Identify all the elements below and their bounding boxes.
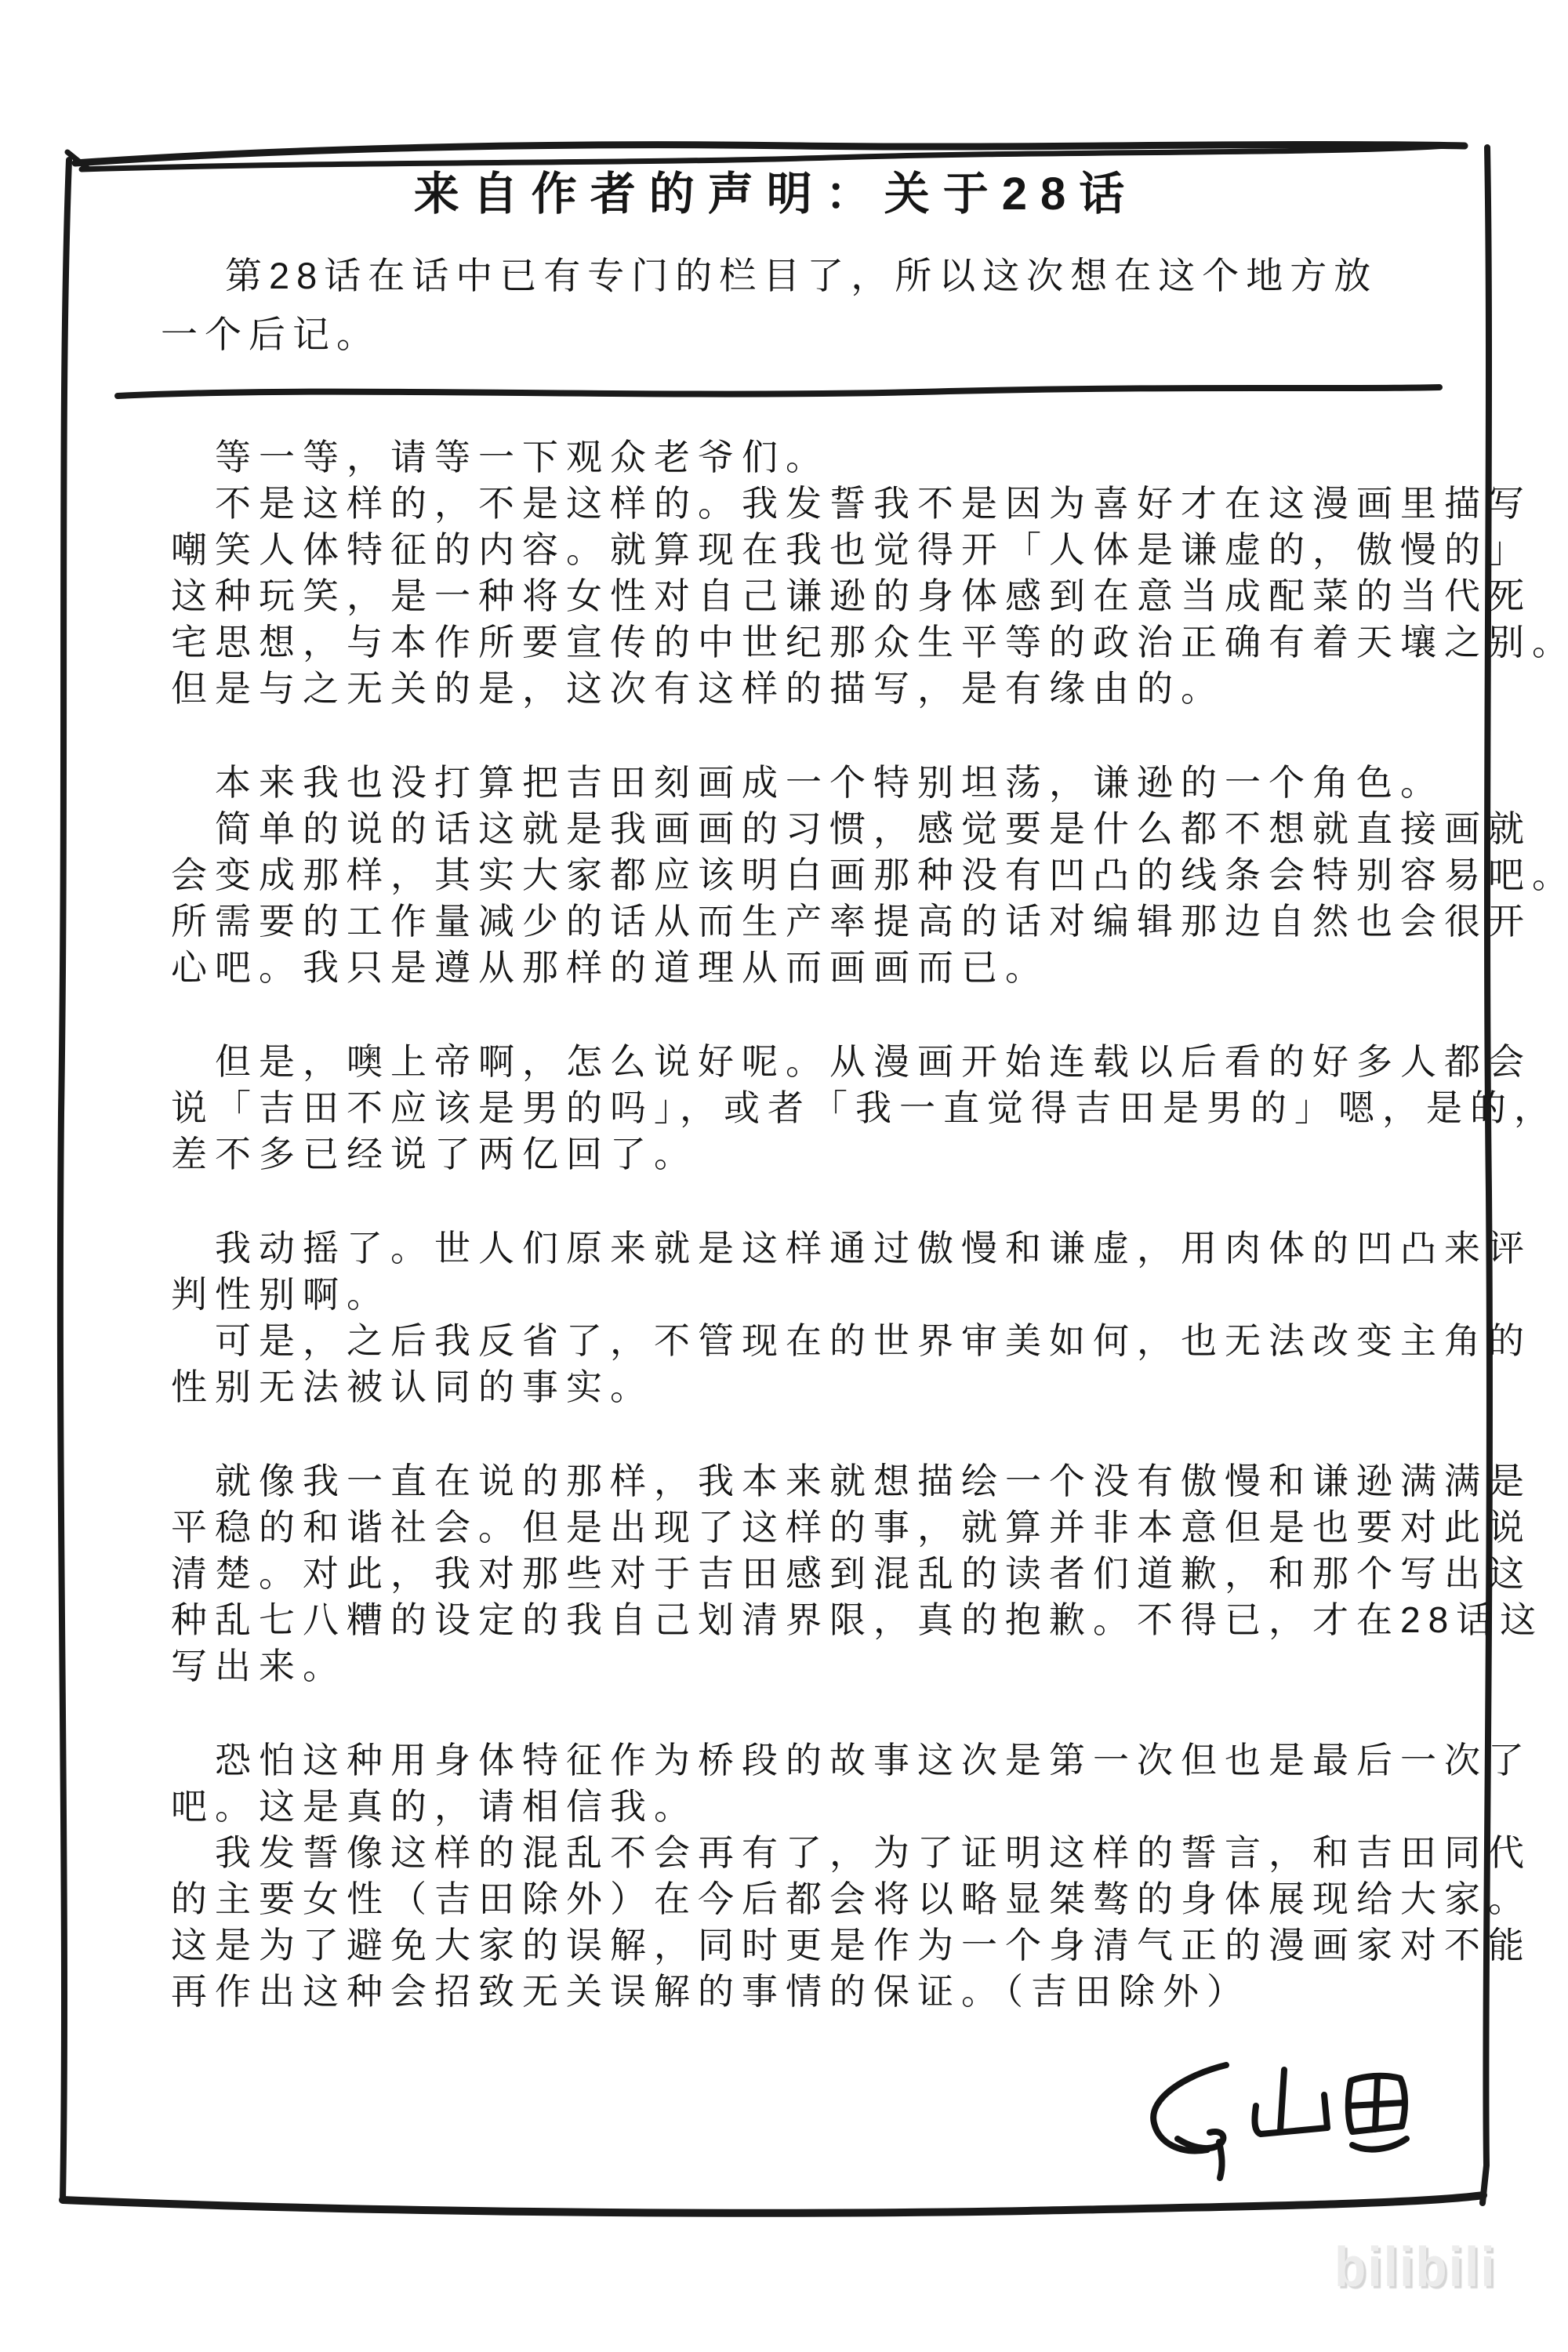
text-line: 等一等，请等一下观众老爷们。 (171, 434, 1568, 481)
text-line: 简单的说的话这就是我画画的习惯，感觉要是什么都不想就直接画就 (171, 806, 1568, 852)
afterword-page: 来自作者的声明：关于28话 第28话在话中已有专门的栏目了，所以这次想在这个地方… (0, 0, 1568, 2352)
author-signature: G山田 (1131, 2043, 1428, 2200)
text-line: 心吧。我只是遵从那样的道理从而画画而已。 (171, 945, 1568, 991)
text-line: 就像我一直在说的那样，我本来就想描绘一个没有傲慢和谦逊满满是 (171, 1458, 1568, 1504)
header-divider-line (118, 387, 1439, 396)
intro-line: 第28话在话中已有专门的栏目了，所以这次想在这个地方放 (161, 246, 1377, 305)
text-line: 不是这样的，不是这样的。我发誓我不是因为喜好才在这漫画里描写 (171, 481, 1568, 527)
text-line: 差不多已经说了两亿回了。 (171, 1131, 1568, 1178)
text-line: 种乱七八糟的设定的我自己划清界限，真的抱歉。不得已，才在28话这 (171, 1597, 1568, 1643)
paragraph-block: 本来我也没打算把吉田刻画成一个特别坦荡，谦逊的一个角色。 简单的说的话这就是我画… (171, 760, 1568, 991)
text-line: 但是，噢上帝啊，怎么说好呢。从漫画开始连载以后看的好多人都会 (171, 1039, 1568, 1085)
text-line: 判性别啊。 (171, 1272, 1568, 1318)
paragraph-block: 但是，噢上帝啊，怎么说好呢。从漫画开始连载以后看的好多人都会说「吉田不应该是男的… (171, 1039, 1568, 1178)
text-line: 平稳的和谐社会。但是出现了这样的事，就算并非本意但是也要对此说 (171, 1504, 1568, 1551)
text-line: 宅思想，与本作所要宣传的中世纪那众生平等的政治正确有着天壤之别。 (171, 619, 1568, 666)
text-line: 说「吉田不应该是男的吗」，或者「我一直觉得吉田是男的」嗯，是的， (171, 1085, 1568, 1131)
text-line: 所需要的工作量减少的话从而生产率提高的话对编辑那边自然也会很开 (171, 898, 1568, 945)
paragraph-block: 我动摇了。世人们原来就是这样通过傲慢和谦虚，用肉体的凹凸来评判性别啊。 可是，之… (171, 1225, 1568, 1410)
frame-left-line (60, 160, 69, 2200)
text-line: 这种玩笑，是一种将女性对自己谦逊的身体感到在意当成配菜的当代死 (171, 573, 1568, 619)
bilibili-watermark: bilibili (1334, 2234, 1497, 2299)
text-line: 恐怕这种用身体特征作为桥段的故事这次是第一次但也是最后一次了 (171, 1737, 1568, 1784)
intro-note: 第28话在话中已有专门的栏目了，所以这次想在这个地方放 一个后记。 (161, 246, 1377, 364)
text-line: 但是与之无关的是，这次有这样的描写，是有缘由的。 (171, 666, 1568, 712)
page-title: 来自作者的声明：关于28话 (64, 157, 1487, 223)
text-line: 清楚。对此，我对那些对于吉田感到混乱的读者们道歉，和那个写出这 (171, 1551, 1568, 1597)
text-line: 我动摇了。世人们原来就是这样通过傲慢和谦虚，用肉体的凹凸来评 (171, 1225, 1568, 1272)
intro-line: 一个后记。 (161, 305, 1377, 364)
text-line: 再作出这种会招致无关误解的事情的保证。（吉田除外） (171, 1969, 1568, 2015)
text-line: 写出来。 (171, 1643, 1568, 1690)
paragraph-block: 等一等，请等一下观众老爷们。 不是这样的，不是这样的。我发誓我不是因为喜好才在这… (171, 434, 1568, 712)
signature-handwriting (1131, 2043, 1428, 2200)
text-line: 的主要女性（吉田除外）在今后都会将以略显桀骜的身体展现给大家。 (171, 1876, 1568, 1922)
text-line: 性别无法被认同的事实。 (171, 1364, 1568, 1410)
text-line: 本来我也没打算把吉田刻画成一个特别坦荡，谦逊的一个角色。 (171, 760, 1568, 806)
text-line: 我发誓像这样的混乱不会再有了，为了证明这样的誓言，和吉田同代 (171, 1830, 1568, 1876)
paragraph-block: 恐怕这种用身体特征作为桥段的故事这次是第一次但也是最后一次了吧。这是真的，请相信… (171, 1737, 1568, 2015)
afterword-body: 等一等，请等一下观众老爷们。 不是这样的，不是这样的。我发誓我不是因为喜好才在这… (171, 434, 1568, 2063)
text-line: 可是，之后我反省了，不管现在的世界审美如何，也无法改变主角的 (171, 1318, 1568, 1364)
text-line: 会变成那样，其实大家都应该明白画那种没有凹凸的线条会特别容易吧。 (171, 852, 1568, 898)
text-line: 这是为了避免大家的误解，同时更是作为一个身清气正的漫画家对不能 (171, 1922, 1568, 1969)
text-line: 嘲笑人体特征的内容。就算现在我也觉得开「人体是谦虚的，傲慢的」 (171, 527, 1568, 573)
text-line: 吧。这是真的，请相信我。 (171, 1784, 1568, 1830)
paragraph-block: 就像我一直在说的那样，我本来就想描绘一个没有傲慢和谦逊满满是平稳的和谐社会。但是… (171, 1458, 1568, 1690)
